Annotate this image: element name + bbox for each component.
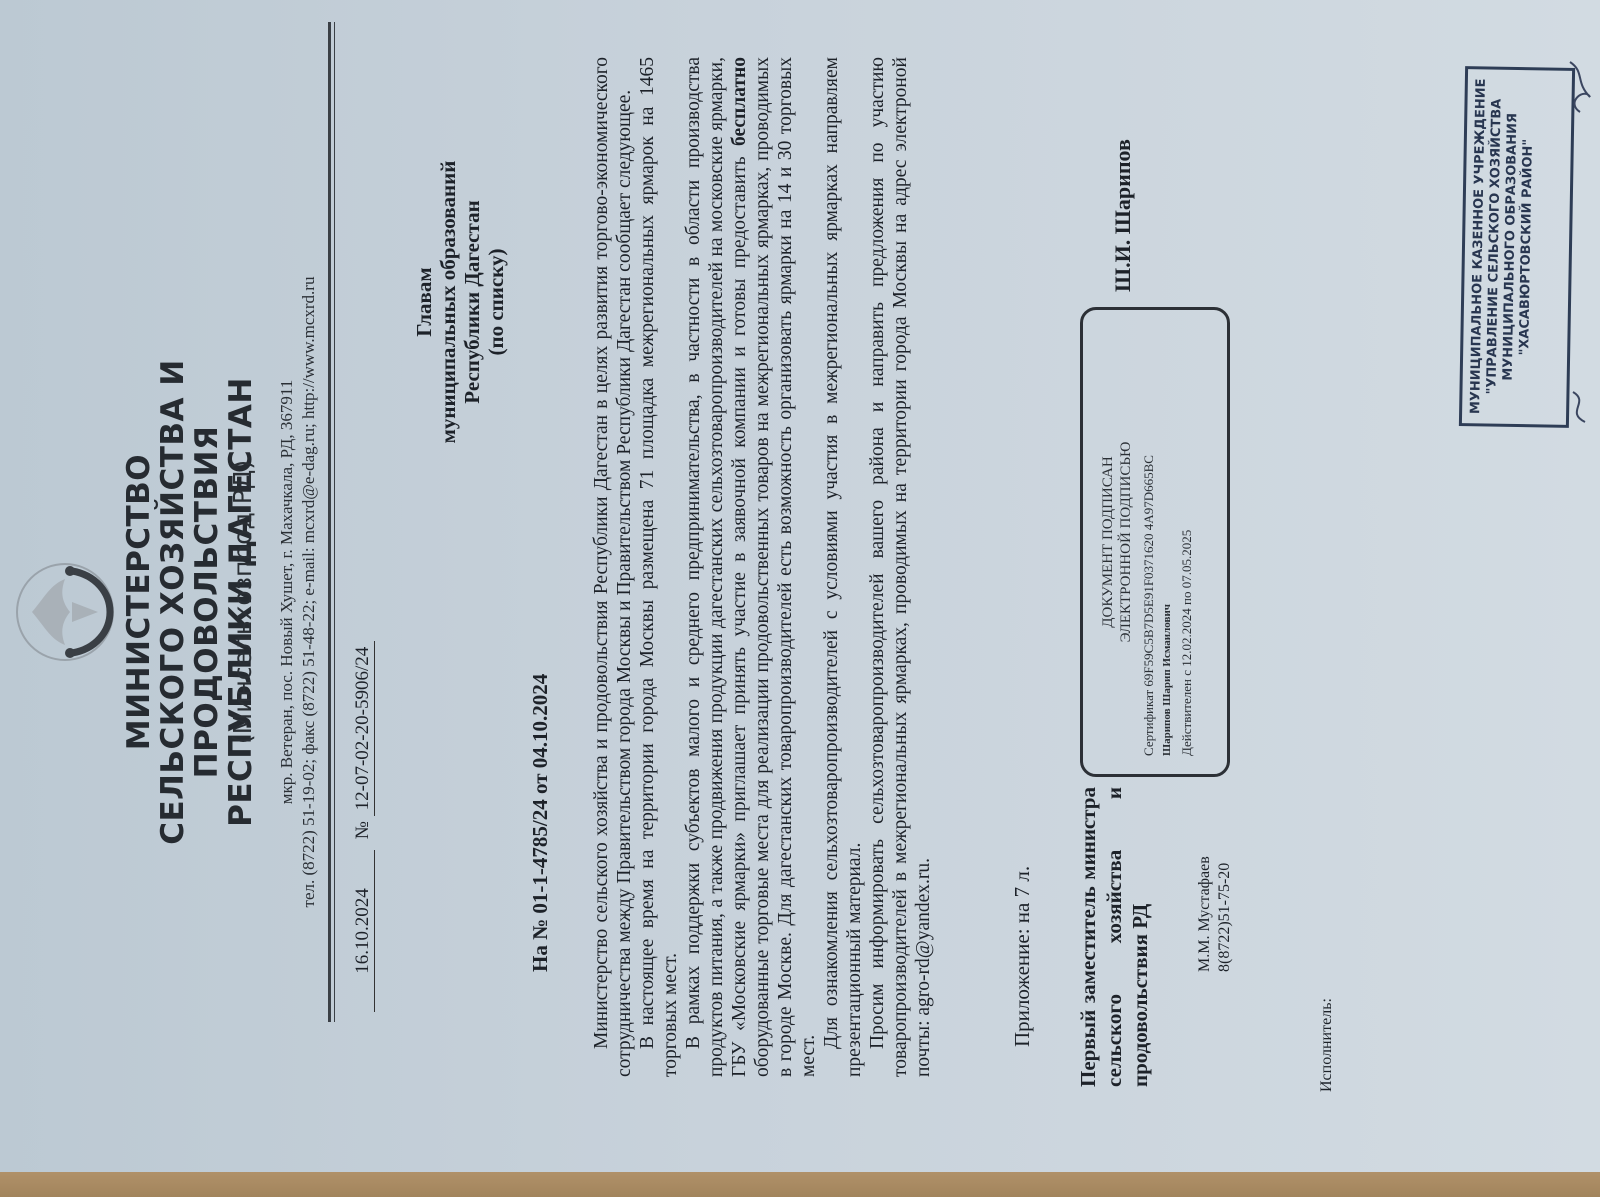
letterhead-rule xyxy=(328,22,331,1022)
signatory-position: Первый заместитель министра сельского хо… xyxy=(1075,787,1153,1087)
signatory-name: Ш.И. Шарипов xyxy=(1110,139,1136,292)
coat-of-arms-icon xyxy=(10,557,120,667)
electronic-signature-stamp: ДОКУМЕНТ ПОДПИСАН ЭЛЕКТРОННОЙ ПОДПИСЬЮ С… xyxy=(1080,307,1230,777)
emphasis-free: бесплатно xyxy=(729,57,750,146)
attachment-note: Приложение: на 7 л. xyxy=(1010,866,1035,1047)
letter-body: Министерство сельского хозяйства и продо… xyxy=(590,57,935,1077)
registration-line: 16.10.2024 № 12-07-02-20-5906/24 xyxy=(352,641,375,1012)
reference-line: На № 01-1-4785/24 от 04.10.2024 xyxy=(528,674,553,972)
paragraph: Просим информировать сельхозтоваропроизв… xyxy=(866,57,935,1077)
ministry-address: мкр. Ветеран, пос. Новый Хушет, г. Махач… xyxy=(276,92,320,1092)
handwritten-mark-icon xyxy=(1555,52,1595,432)
letter-sheet: МИНИСТЕРСТВО СЕЛЬСКОГО ХОЗЯЙСТВА И ПРОДО… xyxy=(0,0,1600,1172)
registration-number: 12-07-02-20-5906/24 xyxy=(352,641,375,817)
executor-contact: М.М. Мустафаев 8(8722)51-75-20 xyxy=(1195,856,1235,972)
paragraph: Для ознакомления сельхозтоваропроизводит… xyxy=(820,57,866,1077)
addressee-block: Главам муниципальных образований Республ… xyxy=(412,122,508,482)
executor-label: Исполнитель: xyxy=(1318,998,1336,1092)
ministry-abbreviation: (Минсельхозпрод РД) xyxy=(228,182,257,1022)
table-surface xyxy=(0,1172,1600,1197)
paragraph: В рамках поддержки субъектов малого и ср… xyxy=(682,57,820,1077)
paragraph: В настоящее время на территории города М… xyxy=(636,57,682,1077)
registration-date: 16.10.2024 xyxy=(352,850,375,1012)
number-sign: № xyxy=(352,821,373,839)
paragraph: Министерство сельского хозяйства и продо… xyxy=(590,57,636,1077)
letterhead-rule-thin xyxy=(334,22,335,1022)
